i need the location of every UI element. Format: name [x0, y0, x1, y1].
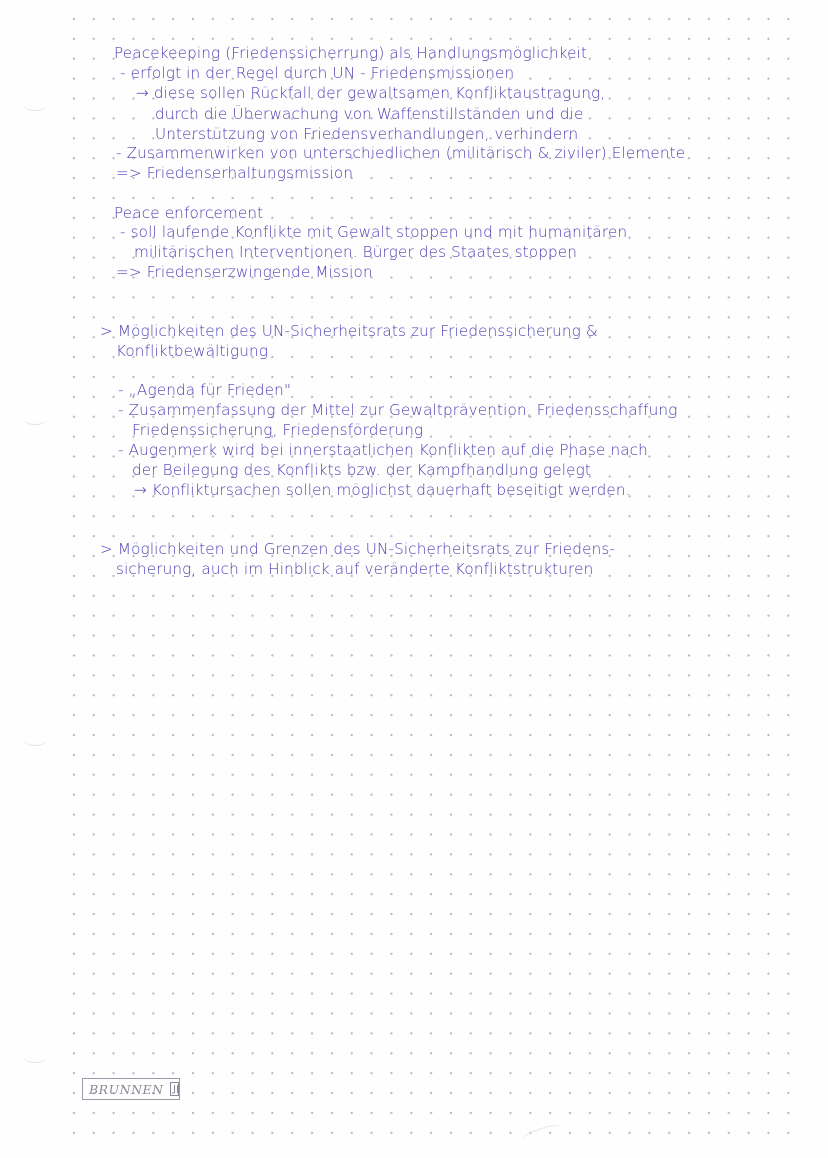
punch-hole-mark — [24, 414, 46, 425]
note-line: - Augenmerk wird bei innerstaatlichen Ko… — [118, 440, 648, 460]
punch-hole-mark — [24, 100, 46, 111]
section-heading-continued: Konfliktbewältigung — [116, 341, 268, 361]
note-line: => Friedenserzwingende Mission — [116, 262, 373, 282]
note-line: - soll laufende Konflikte mit Gewalt sto… — [120, 222, 627, 242]
note-line: Unterstützung von Friedensverhandlungen,… — [155, 124, 578, 144]
brand-stamp: BRUNNEN — [82, 1078, 180, 1100]
notebook-page: Peacekeeping (Friedenssicherrung) als Ha… — [0, 0, 828, 1158]
section-heading-limits: > Möglichkeiten und Grenzen des UN-Siche… — [100, 539, 615, 559]
note-line: - „Agenda für Frieden" — [118, 380, 291, 400]
note-line: - Zusammenfassung der Mittel zur Gewaltp… — [118, 400, 677, 420]
note-line: → Konfliktursachen sollen möglichst daue… — [134, 480, 631, 500]
section-heading-un-security-council: > Möglichkeiten des UN-Sicherheitsrats z… — [100, 321, 598, 341]
note-line: → diese sollen Rückfall der gewaltsamen … — [136, 83, 605, 103]
note-line: - erfolgt in der Regel durch UN - Friede… — [120, 63, 514, 83]
note-line: militärischen Interventionen. Bürger des… — [134, 242, 577, 262]
note-line: der Beilegung des Konflikts bzw. der Kam… — [132, 460, 591, 480]
brand-logo-icon — [170, 1082, 179, 1096]
punch-hole-mark — [24, 1052, 46, 1063]
section-heading-peace-enforcement: Peace enforcement — [114, 203, 263, 223]
note-line: durch die Überwachung von Waffenstillstä… — [155, 104, 584, 124]
brand-label: BRUNNEN — [89, 1082, 164, 1097]
section-heading-peacekeeping: Peacekeeping (Friedenssicherrung) als Ha… — [114, 43, 587, 63]
punch-hole-mark — [24, 735, 46, 746]
note-line: - Zusammenwirken von unterschiedlichen (… — [116, 143, 685, 163]
section-heading-continued: sicherung, auch im Hinblick auf veränder… — [116, 559, 593, 579]
note-line: Friedenssicherung, Friedensförderung — [132, 420, 423, 440]
note-line: => Friedenserhaltungsmission — [116, 163, 353, 183]
